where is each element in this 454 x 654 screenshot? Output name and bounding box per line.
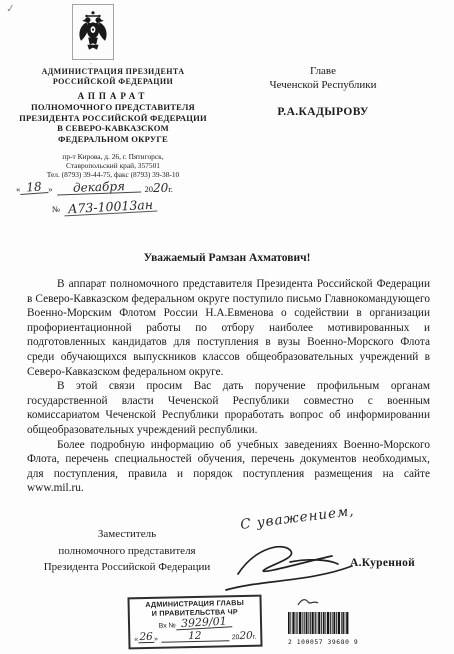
handwritten-stamp-month: 12	[161, 631, 229, 642]
addressee-line: Главе	[238, 64, 408, 78]
signature-flourish-icon	[220, 536, 360, 598]
signatory-title-line: Заместитель	[18, 526, 236, 543]
handwritten-year: 20	[153, 183, 168, 194]
signatory-title: Заместитель полномочного представителя П…	[18, 526, 236, 576]
addressee-name: Р.А.КАДЫРОВУ	[238, 105, 408, 119]
scanned-letter-page: ✓ ˯ АДМИНИСТР	[0, 0, 454, 654]
address-line: пр-т Кирова, д. 26, г. Пятигорск,	[2, 152, 224, 161]
letter-body: В аппарат полномочного представителя Пре…	[27, 277, 430, 496]
letterhead-org-line: АДМИНИСТРАЦИЯ ПРЕЗИДЕНТА	[2, 67, 224, 77]
addressee-line: Чеченской Республики	[238, 78, 408, 92]
emblem-tick-mark: ˯	[90, 59, 92, 65]
handwritten-stamp-year: 20	[239, 632, 253, 641]
barcode-annotation-squiggle-icon	[296, 597, 320, 607]
letterhead-dept-line: ПРЕЗИДЕНТА РОССИЙСКОЙ ФЕДЕРАЦИИ	[2, 113, 224, 124]
checkmark-annotation: ✓	[5, 1, 16, 15]
salutation: Уважаемый Рамзан Ахматович!	[0, 252, 454, 264]
address-line: Тел. (8793) 39-44-75, факс (8793) 39-38-…	[2, 170, 224, 179]
quote-close: »	[48, 184, 52, 194]
address-line: Ставропольский край, 357501	[2, 161, 224, 170]
stamp-quote-close: »	[154, 636, 158, 643]
stamp-in-label: Вх №	[159, 622, 176, 629]
barcode-number: 2 100057 39680 9	[288, 639, 368, 646]
number-sign: №	[52, 204, 60, 214]
letterhead-dept-line: ФЕДЕРАЛЬНОМ ОКРУГЕ	[2, 134, 224, 145]
emblem-box	[72, 4, 114, 60]
stamp-year-suffix: г.	[253, 634, 257, 641]
date-line: « 18 » декабря 20 20 г.	[16, 181, 226, 194]
year-suffix: г.	[168, 184, 173, 194]
handwritten-reg-number: А73-10013ан	[64, 198, 158, 217]
letterhead-org-line: РОССИЙСКОЙ ФЕДЕРАЦИИ	[2, 77, 224, 87]
stamp-number-row: Вх № 3929/01	[134, 617, 256, 631]
barcode-block: 2 100057 39680 9	[288, 594, 368, 646]
handwritten-stamp-number: 3929/01	[175, 616, 231, 630]
handwritten-day: 18	[20, 180, 49, 195]
handwritten-stamp-day: 26	[138, 633, 154, 643]
letterhead-dept-line: В СЕВЕРО-КАВКАЗСКОМ	[2, 123, 224, 134]
addressee-block: Главе Чеченской Республики Р.А.КАДЫРОВУ	[238, 64, 408, 119]
letterhead-dept-line: ПОЛНОМОЧНОГО ПРЕДСТАВИТЕЛЯ	[2, 102, 224, 113]
body-paragraph: Более подробную информацию об учебных за…	[27, 438, 430, 496]
stamp-date-row: « 26 » 12 20 20 г.	[134, 631, 256, 644]
incoming-stamp: АДМИНИСТРАЦИЯ ГЛАВЫ И ПРАВИТЕЛЬСТВА ЧР В…	[127, 595, 262, 650]
body-paragraph: В аппарат полномочного представителя Пре…	[27, 277, 430, 379]
russian-coat-of-arms-icon	[77, 9, 109, 55]
barcode-icon	[288, 612, 350, 634]
letterhead-address: пр-т Кирова, д. 26, г. Пятигорск, Ставро…	[2, 152, 224, 179]
signatory-name: А.Куренной	[350, 557, 415, 569]
year-printed: 20	[145, 184, 154, 194]
body-paragraph: В этой связи просим Вас дать поручение п…	[27, 379, 430, 437]
letterhead-dept-line: АППАРАТ	[2, 91, 224, 102]
handwritten-month: декабря	[56, 180, 140, 196]
signatory-title-line: полномочного представителя	[18, 543, 236, 560]
handwritten-closing: С уважением,	[239, 503, 355, 533]
registration-number-line: № А73-10013ан	[52, 200, 157, 214]
signatory-title-line: Президента Российской Федерации	[18, 559, 236, 576]
letterhead: АДМИНИСТРАЦИЯ ПРЕЗИДЕНТА РОССИЙСКОЙ ФЕДЕ…	[2, 67, 224, 179]
